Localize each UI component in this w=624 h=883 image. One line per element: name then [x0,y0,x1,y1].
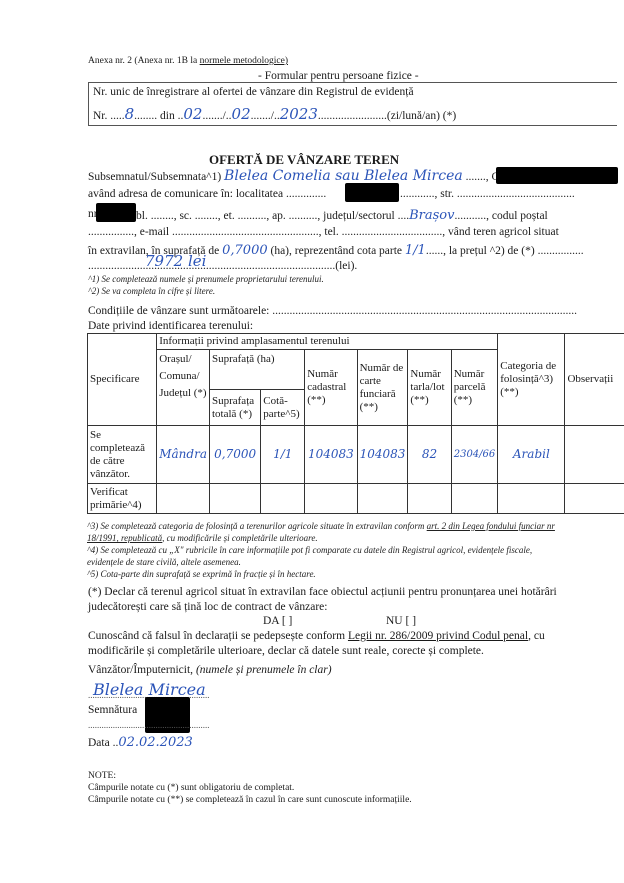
cell-parcela[interactable] [451,484,498,514]
annex-reference: Anexa nr. 2 (Anexa nr. 1B la normele met… [88,56,288,66]
fn3-law-link[interactable]: art. 2 din Legea fondului funciar nr [427,521,555,531]
cell-carte[interactable]: 104083 [357,426,408,484]
date-line: Data ..02.02.2023 [88,735,193,750]
cell-tarla[interactable] [408,484,451,514]
redacted-locality [345,183,399,202]
header-oras: Orașul/ Comuna/ Județul (*) [157,350,210,426]
area-value[interactable]: 0,7000 [222,243,268,258]
redacted-cnp [496,167,618,184]
row-label: Se completează de către vânzător. [88,426,157,484]
cell-cadastral[interactable] [305,484,357,514]
date-suffix: ........................(zi/lună/an) (*) [318,110,456,122]
sep2: ......./.. [251,110,280,122]
declaration-line-2: judecătorești care să țină loc de contra… [88,601,327,613]
cell-parcela[interactable]: 2304/66 [451,426,498,484]
seller-line-3: bl. ........, sc. ........, et. ........… [136,208,548,223]
registry-month[interactable]: 02 [232,105,251,123]
redacted-street-number [96,203,136,222]
table-row: Se completează de către vânzător. Mândra… [88,426,624,484]
footnote-4-cont: evidențele de stare civilă, altele aseme… [87,557,241,567]
seller-name[interactable]: Blelea Comelia sau Blelea Mircea [224,168,463,184]
cell-cota[interactable]: 1/1 [261,426,305,484]
notes-line-1: Câmpurile notate cu (*) sunt obligatoriu… [88,783,294,793]
fn3-text-b: , cu modificările și completările ulteri… [162,533,317,543]
share-label: (ha), reprezentând cota parte [271,245,403,257]
signature-field-label: Semnătura [88,704,137,716]
header-parcela: Număr parcelă (**) [451,350,498,426]
fn3-law-link-2[interactable]: 18/1991, republicată [87,533,162,543]
street-label: ............, str. .....................… [400,188,575,200]
signature-dotted-line: ........................................… [88,720,210,730]
header-tarla: Număr tarla/lot (**) [408,350,451,426]
page-title: OFERTĂ DE VÂNZARE TEREN [209,152,399,168]
notes-title: NOTE: [88,771,116,781]
land-table: Specificare Informații privind amplasame… [87,333,624,514]
cell-suprafata[interactable] [209,484,260,514]
seller-label: Subsemnatul/Subsemnata^1) [88,171,221,183]
cell-categoria[interactable] [498,484,565,514]
seller-line-4: ................, e-mail ...............… [88,226,559,238]
cell-carte[interactable] [357,484,408,514]
footnote-3-cont: 18/1991, republicată, cu modificările și… [87,533,318,543]
declaration-line-1: (*) Declar că terenul agricol situat în … [88,586,557,598]
seller-title-hint: (numele și prenumele în clar) [196,664,332,676]
law-text: Cunoscând că falsul în declarații se ped… [88,630,348,642]
header-observatii: Observații [565,334,624,426]
cell-suprafata[interactable]: 0,7000 [209,426,260,484]
nr-prefix: Nr. ..... [93,110,125,122]
cell-oras[interactable] [157,484,210,514]
cell-oras[interactable]: Mândra [157,426,210,484]
header-cota: Cotă-parte^5) [261,390,305,426]
date-value[interactable]: 02.02.2023 [118,735,192,750]
registry-label: Nr. unic de înregistrare al ofertei de v… [93,86,414,98]
option-nu[interactable]: NU [ ] [386,615,416,627]
seller-line-2: având adresa de comunicare în: localitat… [88,188,326,200]
annex-link[interactable]: normele metodologice) [200,56,288,66]
seller-line-1: Subsemnatul/Subsemnata^1) Blelea Comelia… [88,168,514,184]
sep1: ......./.. [202,110,231,122]
option-da[interactable]: DA [ ] [263,615,292,627]
header-suprafata-totala: Suprafața totală (*) [209,390,260,426]
cell-observatii[interactable] [565,484,624,514]
header-carte: Număr de carte funciară (**) [357,350,408,426]
form-type: - Formular pentru persoane fizice - [258,70,419,82]
cell-cadastral[interactable]: 104083 [305,426,357,484]
law-text-b: , cu [528,630,545,642]
header-categoria: Categoria de folosință^3) (**) [498,334,565,426]
cell-tarla[interactable]: 82 [408,426,451,484]
postal-label: ..........., codul poștal [454,210,547,222]
footnote-5: ^5) Cota-parte din suprafață se exprimă … [87,569,316,579]
penal-code-link[interactable]: Legii nr. 286/2009 privind Codul penal [348,630,528,642]
sale-conditions: Condițiile de vânzare sunt următoarele: … [88,305,577,317]
header-suprafata: Suprafață (ha) [209,350,304,390]
law-line-1: Cunoscând că falsul în declarații se ped… [88,630,545,642]
price-label: ......, la prețul ^2) de (*) ...........… [426,245,584,257]
footnote-1: ^1) Se completează numele și prenumele p… [88,274,324,284]
county[interactable]: Brașov [409,208,454,223]
seller-title: Vânzător/Împuternicit, [88,664,193,676]
footnote-4: ^4) Se completează cu „X" rubricile în c… [87,545,532,555]
header-cadastral: Număr cadastral (**) [305,350,357,426]
identification-label: Date privind identificarea terenului: [88,320,253,332]
registry-number[interactable]: 8 [125,105,135,123]
cell-cota[interactable] [261,484,305,514]
registry-number-line: Nr. .....8........ din ..02......./..02.… [93,105,456,123]
registry-year[interactable]: 2023 [280,105,318,123]
registry-day[interactable]: 02 [183,105,202,123]
row-label: Verificat primărie^4) [88,484,157,514]
annex-text: Anexa nr. 2 (Anexa nr. 1B la [88,56,200,66]
share-value[interactable]: 1/1 [405,243,426,258]
notes-line-2: Câmpurile notate cu (**) se completează … [88,795,412,805]
footnote-3: ^3) Se completează categoria de folosinț… [87,521,555,531]
address-details: bl. ........, sc. ........, et. ........… [136,210,409,222]
fn3-text: ^3) Se completează categoria de folosinț… [87,521,427,531]
date-label: Data .. [88,737,118,749]
cell-categoria[interactable]: Arabil [498,426,565,484]
footnote-2: ^2) Se va completa în cifre și litere. [88,286,215,296]
header-group: Informații privind amplasamentul terenul… [157,334,498,350]
table-row: Verificat primărie^4) [88,484,624,514]
seller-line-6: ........................................… [88,260,357,272]
signature-label: Vânzător/Împuternicit, (numele și prenum… [88,664,332,676]
law-line-2: modificările și completările ulterioare,… [88,645,484,657]
address-label: având adresa de comunicare în: localitat… [88,188,326,200]
header-specificare: Specificare [88,334,157,426]
cell-observatii[interactable] [565,426,624,484]
nr-dots: ........ din .. [134,110,183,122]
